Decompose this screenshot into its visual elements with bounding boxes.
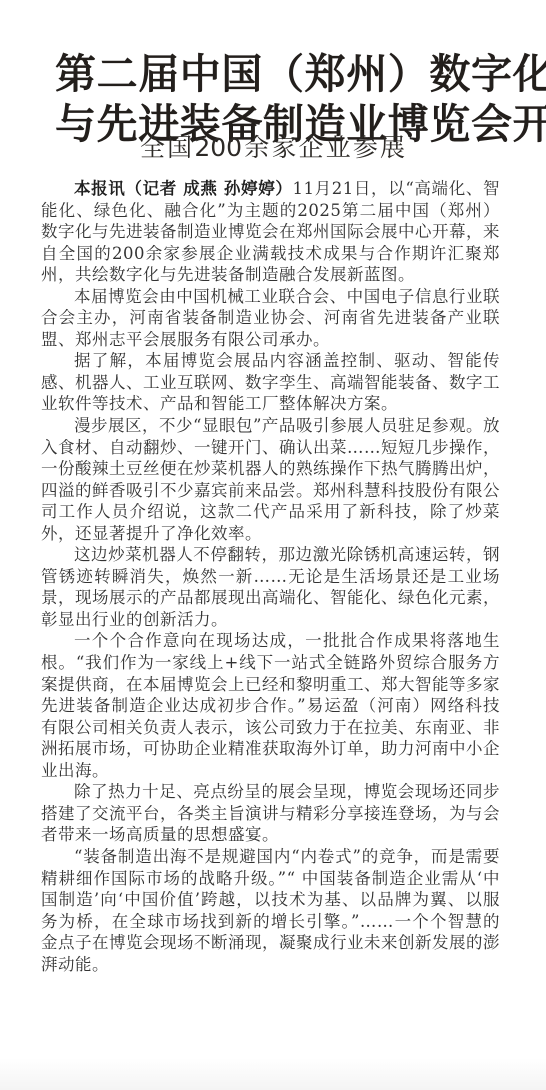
article-paragraph-4: 漫步展区，不少“显眼包”产品吸引参展人员驻足参观。放入食材、自动翻炒、一键开门、… [41,415,500,544]
newspaper-page: 第二届中国（郑州）数字化 与先进装备制造业博览会开幕 全国200余家企业参展 本… [0,0,546,1090]
headline-line-1: 第二届中国（郑州）数字化 [55,49,505,99]
article-paragraph-3: 据了解，本届博览会展品内容涵盖控制、驱动、智能传感、机器人、工业互联网、数字孪生… [41,350,500,415]
subheadline: 全国200余家企业参展 [140,130,405,166]
article-paragraph-6: 一个个合作意向在现场达成，一批批合作成果将落地生根。“我们作为一家线上+线下一站… [41,630,500,781]
article-paragraph-5: 这边炒菜机器人不停翻转，那边激光除锈机高速运转，钢管锈迹转瞬消失，焕然一新……无… [41,544,500,630]
dateline: 本报讯（记者 成燕 孙婷婷） [74,179,292,198]
article-paragraph-7: 除了热力十足、亮点纷呈的展会呈现，博览会现场还同步搭建了交流平台，各类主旨演讲与… [41,781,500,846]
article-paragraph-8: “装备制造出海不是规避国内“内卷式”的竞争，而是需要精耕细作国际市场的战略升级。… [41,846,500,975]
article-paragraph-2: 本届博览会由中国机械工业联合会、中国电子信息行业联合会主办，河南省装备制造业协会… [41,286,500,351]
article-body: 本报讯（记者 成燕 孙婷婷）11月21日，以“高端化、智能化、绿色化、融合化”为… [41,178,500,975]
article-paragraph-1: 本报讯（记者 成燕 孙婷婷）11月21日，以“高端化、智能化、绿色化、融合化”为… [41,178,500,286]
